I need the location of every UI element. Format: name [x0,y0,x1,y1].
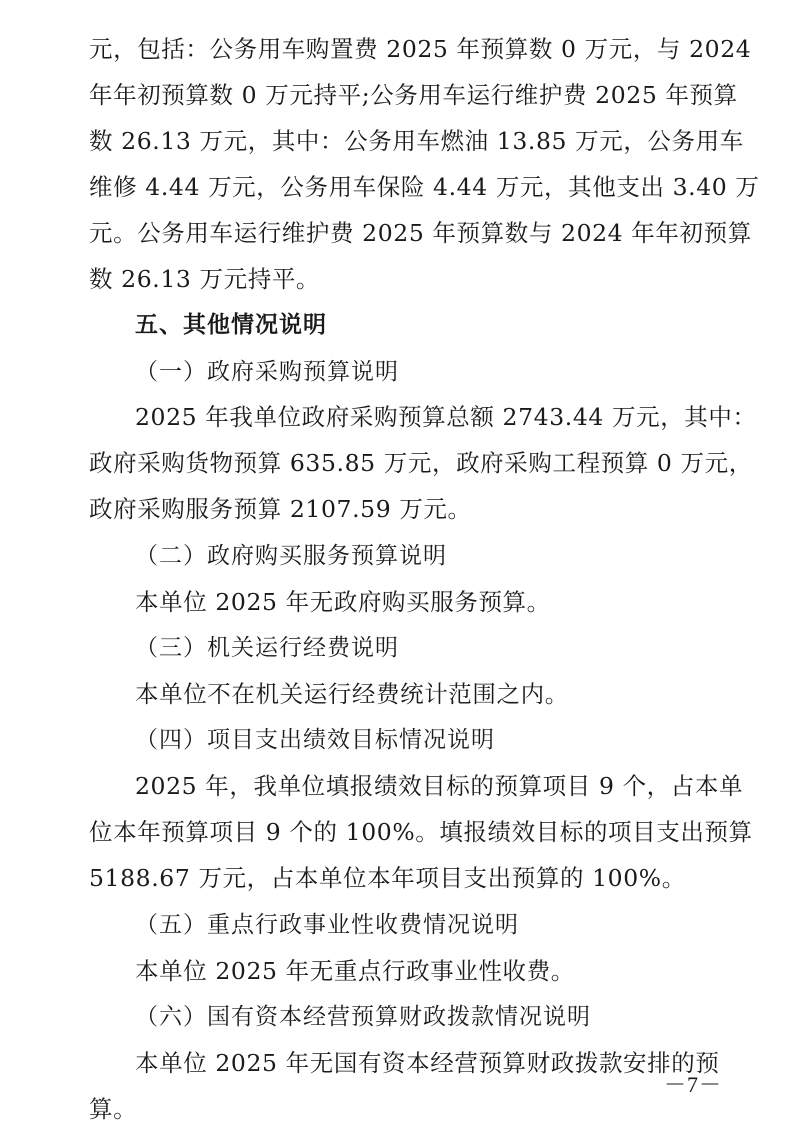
subsection-title: （五）重点行政事业性收费情况说明 [135,902,711,948]
text-line: 数 26.13 万元持平。 [89,256,711,302]
text-line: 数 26.13 万元，其中：公务用车燃油 13.85 万元，公务用车 [89,118,711,164]
text-line: 2025 年我单位政府采购预算总额 2743.44 万元，其中： [135,394,711,440]
text-line: 政府采购服务预算 2107.59 万元。 [89,486,711,532]
text-line: 位本年预算项目 9 个的 100%。填报绩效目标的项目支出预算 [89,809,711,855]
text-line: 2025 年，我单位填报绩效目标的预算项目 9 个，占本单 [135,763,711,809]
subsection-title: （四）项目支出绩效目标情况说明 [135,717,711,763]
text-line: 本单位 2025 年无国有资本经营预算财政拨款安排的预 [135,1040,711,1086]
subsection-title: （六）国有资本经营预算财政拨款情况说明 [135,994,711,1040]
text-line: 本单位 2025 年无重点行政事业性收费。 [135,948,711,994]
text-line: 政府采购货物预算 635.85 万元，政府采购工程预算 0 万元， [89,440,711,486]
text-line: 本单位 2025 年无政府购买服务预算。 [135,579,711,625]
subsection-title: （二）政府购买服务预算说明 [135,533,711,579]
subsection-title: （一）政府采购预算说明 [135,349,711,395]
subsection-title: （三）机关运行经费说明 [135,625,711,671]
text-line: 算。 [89,1086,711,1131]
text-line: 年年初预算数 0 万元持平;公务用车运行维护费 2025 年预算 [89,72,711,118]
page-number: －7－ [664,1068,722,1099]
document-page: 元，包括：公务用车购置费 2025 年预算数 0 万元，与 2024 年年初预算… [0,0,800,1131]
text-line: 维修 4.44 万元，公务用车保险 4.44 万元，其他支出 3.40 万 [89,164,711,210]
section-heading: 五、其他情况说明 [135,302,711,348]
text-line: 本单位不在机关运行经费统计范围之内。 [135,671,711,717]
text-line: 5188.67 万元，占本单位本年项目支出预算的 100%。 [89,855,711,901]
text-line: 元。公务用车运行维护费 2025 年预算数与 2024 年年初预算 [89,210,711,256]
text-line: 元，包括：公务用车购置费 2025 年预算数 0 万元，与 2024 [89,26,711,72]
